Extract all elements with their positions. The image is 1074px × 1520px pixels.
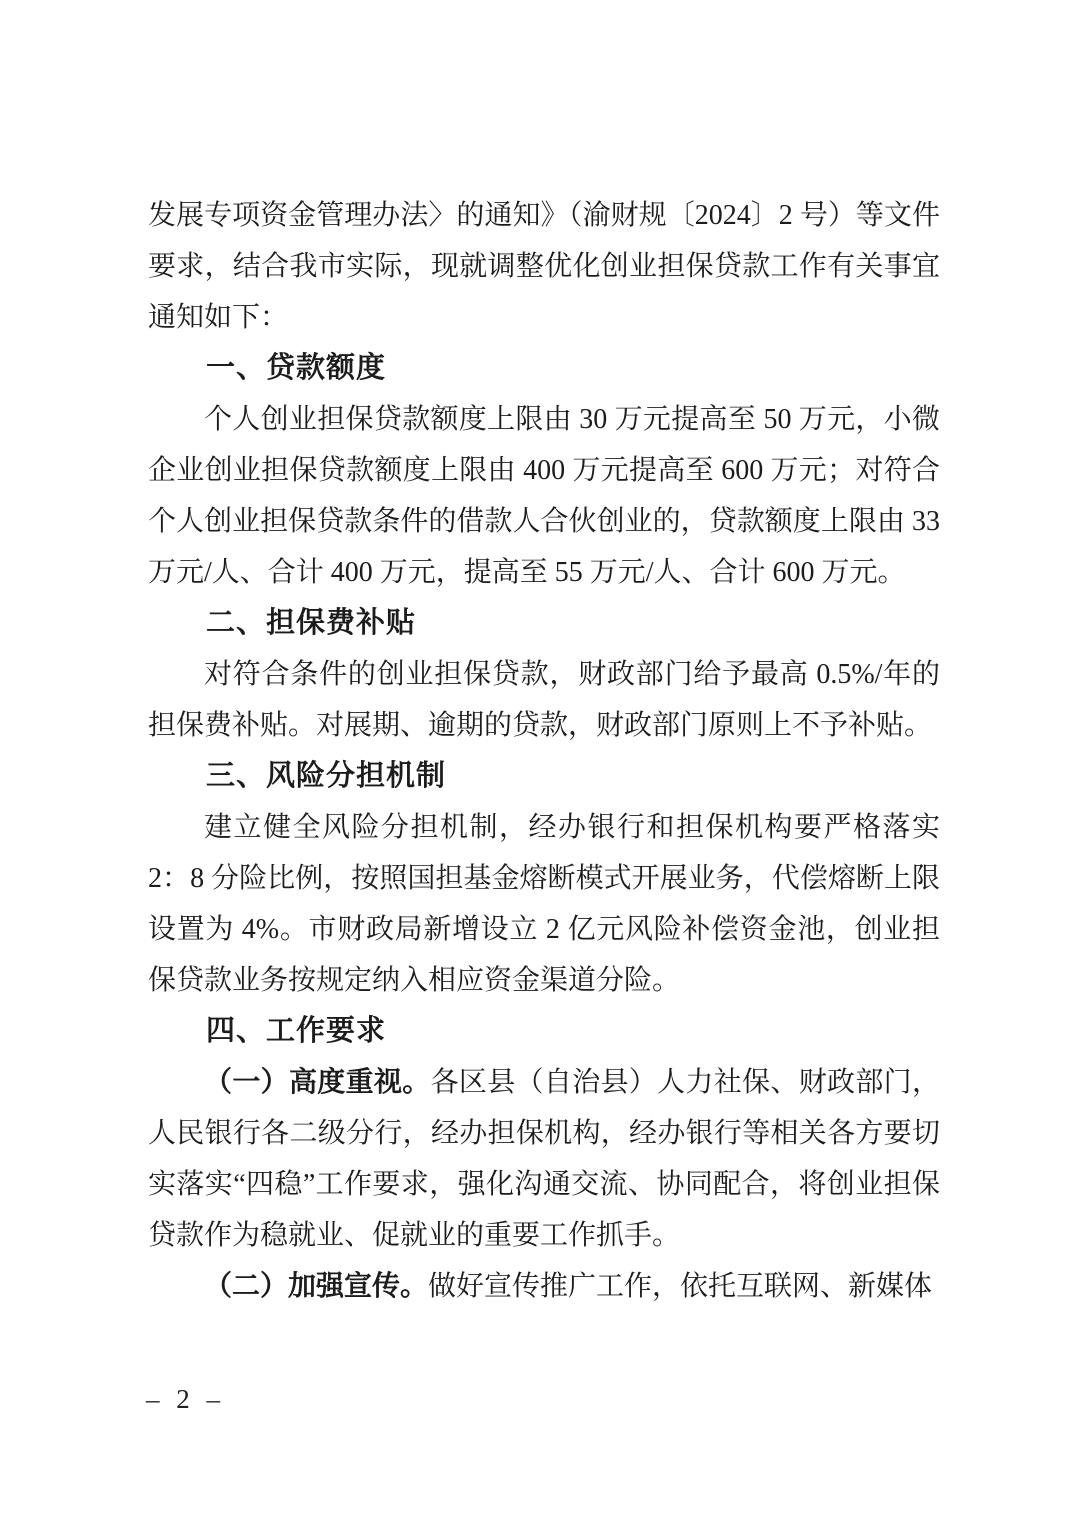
paragraph-body-strengthen-publicity: 做好宣传推广工作，依托互联网、新媒体 xyxy=(428,1271,932,1302)
document-body: 发展专项资金管理办法〉的通知》（渝财规〔2024〕2 号）等文件要求，结合我市实… xyxy=(148,190,940,1312)
paragraph-loan-limit: 个人创业担保贷款额度上限由 30 万元提高至 50 万元，小微企业创业担保贷款额… xyxy=(148,394,940,598)
paragraph-work-requirement-2: （二）加强宣传。做好宣传推广工作，依托互联网、新媒体 xyxy=(148,1261,940,1312)
document-page: 发展专项资金管理办法〉的通知》（渝财规〔2024〕2 号）等文件要求，结合我市实… xyxy=(0,0,1074,1520)
paragraph-intro-continuation: 发展专项资金管理办法〉的通知》（渝财规〔2024〕2 号）等文件要求，结合我市实… xyxy=(148,190,940,343)
paragraph-lead-strengthen-publicity: （二）加强宣传。 xyxy=(204,1271,428,1302)
section-heading-work-requirements: 四、工作要求 xyxy=(148,1006,940,1057)
section-heading-loan-limit: 一、贷款额度 xyxy=(148,343,940,394)
section-heading-guarantee-fee-subsidy: 二、担保费补贴 xyxy=(148,598,940,649)
paragraph-risk-sharing: 建立健全风险分担机制，经办银行和担保机构要严格落实 2：8 分险比例，按照国担基… xyxy=(148,802,940,1006)
paragraph-lead-attach-importance: （一）高度重视。 xyxy=(204,1067,431,1098)
page-number: – 2 – xyxy=(146,1382,220,1416)
paragraph-guarantee-fee-subsidy: 对符合条件的创业担保贷款，财政部门给予最高 0.5%/年的担保费补贴。对展期、逾… xyxy=(148,649,940,751)
section-heading-risk-sharing: 三、风险分担机制 xyxy=(148,751,940,802)
paragraph-work-requirement-1: （一）高度重视。各区县（自治县）人力社保、财政部门，人民银行各二级分行，经办担保… xyxy=(148,1057,940,1261)
